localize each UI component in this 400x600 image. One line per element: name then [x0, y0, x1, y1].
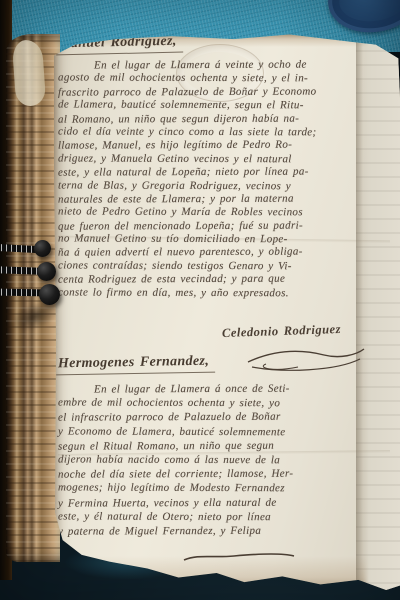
entry1-line: llamose, Manuel, es hijo legítimo de Ped… [58, 139, 368, 154]
entry2-line: y paterna de Miguel Fernandez, y Felipa [58, 523, 368, 539]
entry1-line: este, y ella natural de Lopeña; nieto po… [58, 165, 368, 180]
entry1-line: centa Rodriguez de esta vecindad; y para… [58, 273, 368, 288]
ent2-line: y Fermina Huerta, vecinos y ella natural… [58, 495, 368, 511]
pin-head [37, 262, 56, 281]
entry2-line: el infrascrito parroco de Palazuelo de B… [58, 410, 368, 426]
entry1-line: ña á quien advertí el nuevo parentesco, … [58, 246, 368, 261]
pin-head [34, 240, 51, 257]
manuscript-page: Manuel Rodriguez, En el lugar de Llamera… [54, 30, 400, 598]
entry1-line: que fueron del mencionado Lopeña; fué su… [58, 219, 368, 234]
entry1-line: agosto de mil ochocientos ochenta y siet… [58, 72, 368, 86]
entry2-line: mogenes; hijo legítimo de Modesto Fernan… [58, 481, 368, 496]
entry2-line: y Economo de Llamera, bauticé solemnemen… [58, 424, 368, 439]
entry1-line: al Romano, un niño que segun dijeron hab… [58, 112, 368, 127]
pin-head [39, 284, 60, 305]
entry1-line: de Llamera, bauticé solemnemente, segun … [58, 99, 368, 113]
signature-flourish [240, 342, 370, 374]
priest-signature: Celedonio Rodriguez [222, 322, 341, 341]
ink-dash [180, 550, 300, 566]
entry2-line: segun el Ritual Romano, un niño que segu… [58, 438, 368, 454]
entry2-line: dijeron había nacido como á las nueve de… [58, 452, 368, 467]
entry2-line: este, y él natural de Otero; nieto por l… [58, 509, 368, 524]
manuscript-photo: Manuel Rodriguez, En el lugar de Llamera… [0, 0, 400, 600]
entry2-heading: Hermogenes Fernandez, [56, 354, 216, 376]
entry1-line: driguez, y Manuela Getino vecinos y el n… [58, 152, 368, 166]
entry1-line: conste lo firmo en día, mes, y año expre… [58, 286, 368, 300]
entry1-body: En el lugar de Llamera á veinte y ocho d… [58, 59, 368, 300]
entry1-line: terna de Blas, y Gregoria Rodriguez, vec… [58, 179, 368, 193]
entry2-body: En el lugar de Llamera á once de Seti- e… [58, 382, 368, 538]
entry2-line: En el lugar de Llamera á once de Seti- [58, 381, 368, 397]
entry1-line: nieto de Pedro Getino y María de Robles … [58, 206, 368, 220]
